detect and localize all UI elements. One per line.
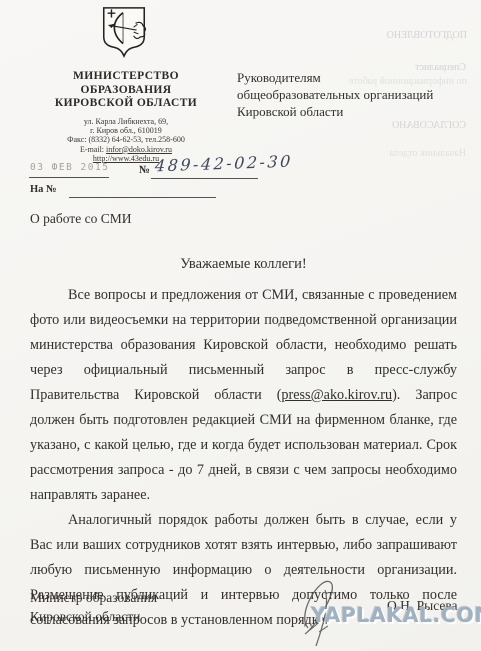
bleedthrough-line: Начальник отдела [394, 148, 466, 159]
subject-line: О работе со СМИ [30, 211, 131, 227]
yaplakal-watermark: YAPLAKAL.COM [311, 603, 481, 627]
reply-number-underline [69, 197, 216, 198]
address-city: г. Киров обл., 610019 [26, 126, 226, 135]
date-underline [29, 177, 109, 178]
kirov-coat-of-arms-icon [100, 5, 148, 59]
press-service-email: press@ako.kirov.ru [281, 387, 392, 403]
bleedthrough-line: СОГЛАСОВАНО [378, 120, 466, 131]
address-fax-phone: Факс: (8332) 64-62-53, тел.258-600 [26, 135, 226, 144]
ministry-name-line: МИНИСТЕРСТВО [26, 70, 226, 84]
ministry-name-line: КИРОВСКОЙ ОБЛАСТИ [26, 97, 226, 111]
recipient-block: Руководителям общеобразовательных органи… [237, 69, 467, 120]
ministry-name-line: ОБРАЗОВАНИЯ [26, 84, 226, 98]
number-underline [151, 178, 258, 179]
body-paragraph-1: Все вопросы и предложения от СМИ, связан… [30, 283, 457, 508]
outgoing-number-handwritten: 489-42-02-30 [154, 152, 293, 176]
signatory-title-line: Кировской области [30, 607, 157, 626]
letter-body: Все вопросы и предложения от СМИ, связан… [30, 283, 457, 633]
email-label: E-mail: [80, 145, 106, 154]
signatory-title: Министр образования Кировской области [30, 588, 157, 626]
recipient-line: общеобразовательных организаций [237, 86, 467, 103]
address-email-line: E-mail: infor@doko.kirov.ru [26, 145, 226, 154]
bleedthrough-line: ПОДГОТОВЛЕНО [372, 30, 467, 41]
salutation: Уважаемые коллеги! [30, 256, 457, 273]
ministry-name: МИНИСТЕРСТВО ОБРАЗОВАНИЯ КИРОВСКОЙ ОБЛАС… [26, 70, 226, 111]
signatory-title-line: Министр образования [30, 588, 157, 607]
date-stamp: 03 ФЕВ 2015 [30, 162, 109, 173]
outgoing-number-label: № [139, 164, 150, 176]
reply-to-number-label: На № [30, 184, 57, 195]
recipient-line: Кировской области [237, 103, 467, 120]
scanned-letter-page: ПОДГОТОВЛЕНО Специалист по информационно… [0, 0, 481, 651]
paragraph-text: ). Запрос должен быть подготовлен редакц… [30, 387, 457, 503]
paragraph-text: Все вопросы и предложения от СМИ, связан… [30, 287, 457, 403]
email-address: infor@doko.kirov.ru [106, 145, 172, 154]
recipient-line: Руководителям [237, 69, 467, 86]
address-street: ул. Карла Либкнехта, 69, [26, 117, 226, 126]
